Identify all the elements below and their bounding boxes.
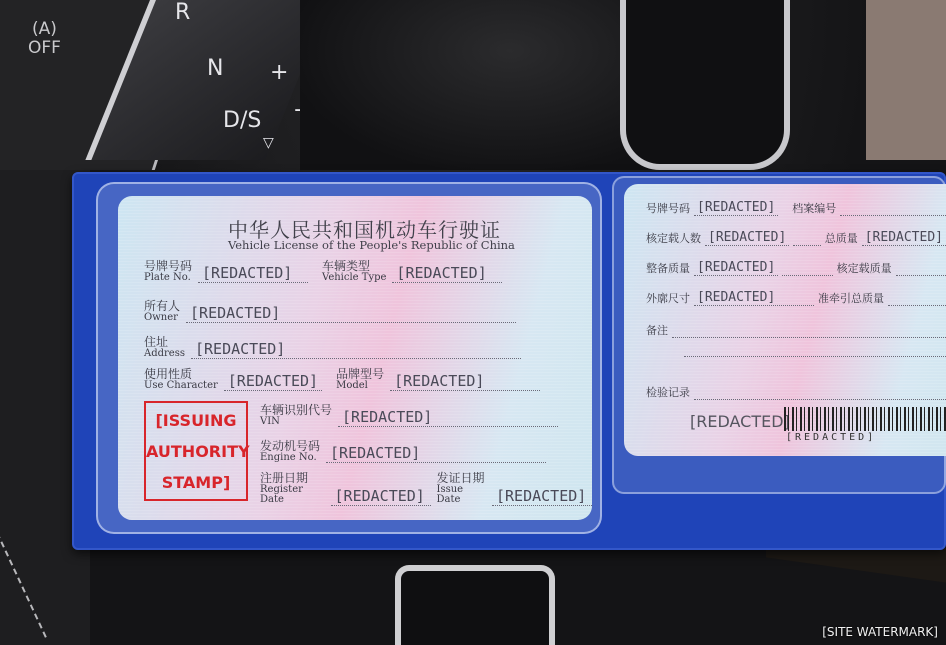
register-date-value: [REDACTED] xyxy=(331,487,431,506)
towing-mass-label: 准牵引总质量 xyxy=(818,290,884,306)
barcode xyxy=(784,407,946,431)
issue-date-label: 发证日期Issue Date xyxy=(437,472,486,506)
fuel-type: [REDACTED] xyxy=(690,412,790,431)
curb-mass-label: 整备质量 xyxy=(646,260,690,276)
auto-icon: (A) xyxy=(28,20,61,39)
model-value: [REDACTED] xyxy=(390,372,540,391)
fabric-surface xyxy=(866,0,946,160)
license-title-en: Vehicle License of the People's Republic… xyxy=(228,238,515,252)
use-character-label: 使用性质Use Character xyxy=(144,368,218,391)
plate-value: [REDACTED] xyxy=(198,264,308,283)
gear-n: N xyxy=(207,58,223,80)
vin-label: 车辆识别代号VIN xyxy=(260,404,332,427)
passengers-value: [REDACTED] xyxy=(705,230,789,246)
off-label: OFF xyxy=(28,39,61,58)
license-back-card: 号牌号码 [REDACTED] 档案编号 核定载人数 [REDACTED] 总质… xyxy=(624,184,946,456)
owner-value: [REDACTED] xyxy=(186,304,516,323)
vin-value: [REDACTED] xyxy=(338,408,558,427)
engine-label: 发动机号码Engine No. xyxy=(260,440,320,463)
gross-mass-label: 总质量 xyxy=(825,230,858,246)
file-no-label: 档案编号 xyxy=(792,200,836,216)
register-date-label: 注册日期Register Date xyxy=(260,472,325,506)
back-plate-label: 号牌号码 xyxy=(646,200,690,216)
passengers-label: 核定载人数 xyxy=(646,230,701,246)
curb-mass-value: [REDACTED] xyxy=(694,260,778,276)
vehicle-type-label: 车辆类型Vehicle Type xyxy=(322,260,386,283)
address-label: 住址Address xyxy=(144,336,185,359)
auto-start-stop-button: (A) OFF xyxy=(28,20,61,57)
issuing-authority-stamp: [ISSUING AUTHORITY STAMP] xyxy=(144,401,248,501)
chrome-trim-ring xyxy=(620,0,790,170)
model-label: 品牌型号Model xyxy=(336,368,384,391)
license-front-card: 中华人民共和国机动车行驶证 Vehicle License of the Peo… xyxy=(118,196,592,520)
engine-value: [REDACTED] xyxy=(326,444,546,463)
car-key xyxy=(395,565,555,645)
gross-mass-value: [REDACTED] xyxy=(862,230,946,246)
back-plate-value: [REDACTED] xyxy=(694,200,778,216)
use-character-value: [REDACTED] xyxy=(224,372,322,391)
gear-r: R xyxy=(175,2,190,24)
remarks-label: 备注 xyxy=(646,322,668,338)
dimensions-label: 外廓尺寸 xyxy=(646,290,690,306)
issue-date-value: [REDACTED] xyxy=(492,487,592,506)
dimensions-value: [REDACTED] xyxy=(694,290,814,306)
gear-ds: D/S xyxy=(223,110,261,132)
plus-icon: + xyxy=(270,62,288,84)
inspection-label: 检验记录 xyxy=(646,384,690,400)
triangle-icon: ▽ xyxy=(263,136,274,150)
rated-load-label: 核定载质量 xyxy=(837,260,892,276)
vehicle-type-value: [REDACTED] xyxy=(392,264,502,283)
site-watermark: [SITE WATERMARK] xyxy=(822,625,938,639)
address-value: [REDACTED] xyxy=(191,340,521,359)
barcode-number: [REDACTED] xyxy=(786,432,876,443)
plate-label: 号牌号码Plate No. xyxy=(144,260,192,283)
owner-label: 所有人Owner xyxy=(144,300,180,323)
